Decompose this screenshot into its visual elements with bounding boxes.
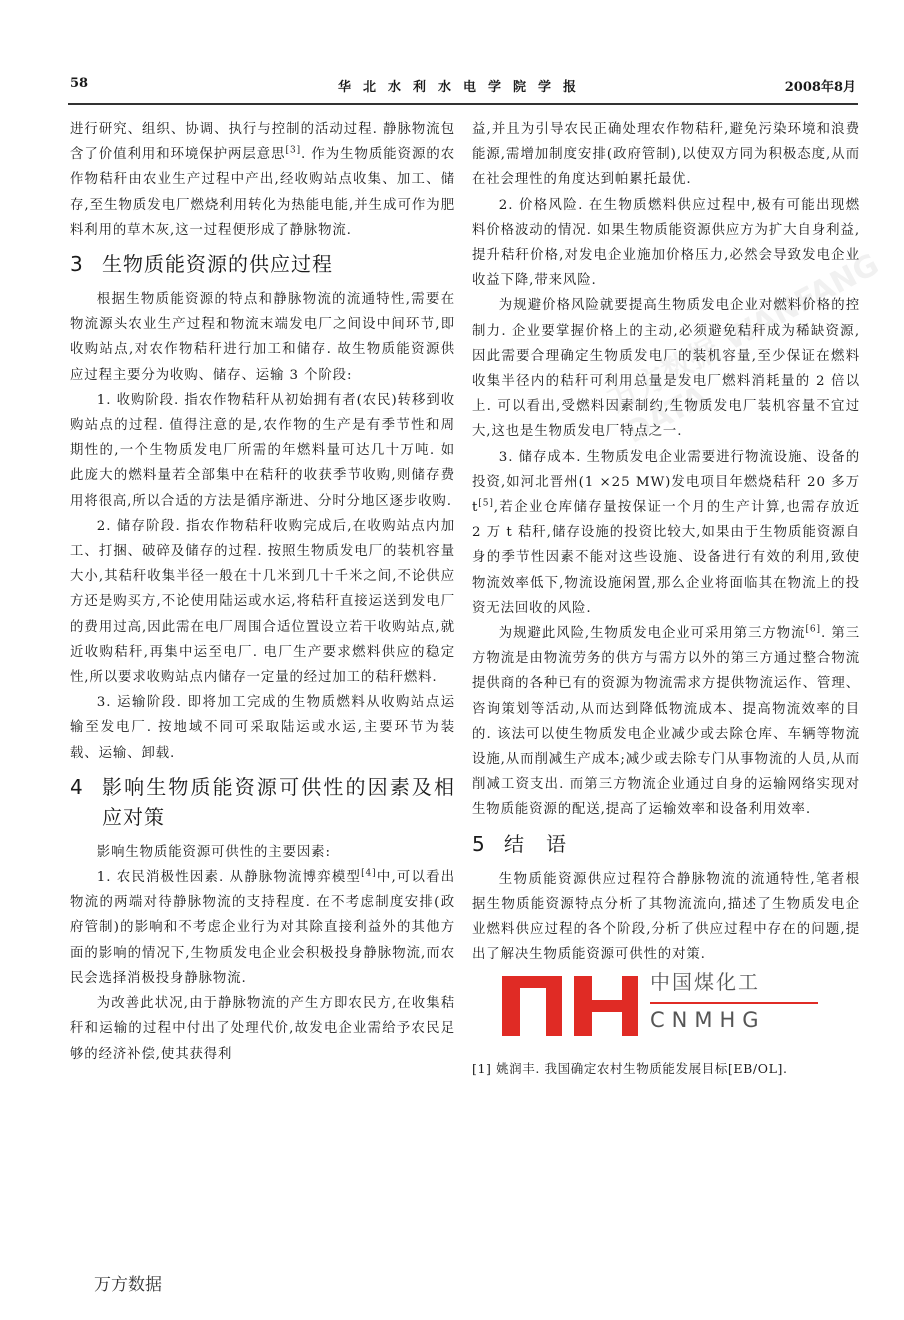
paragraph: 3. 运输阶段. 即将加工完成的生物质燃料从收购站点运输至发电厂. 按地域不同可… (70, 690, 455, 766)
footer-brand: 万方数据 (94, 1270, 162, 1295)
logo-rule (650, 1002, 818, 1004)
paragraph: 3. 储存成本. 生物质发电企业需要进行物流设施、设备的投资,如河北晋州(1 ×… (472, 445, 860, 621)
logo-text-cn: 中国煤化工 (650, 970, 760, 995)
paragraph: 为规避价格风险就要提高生物质发电企业对燃料价格的控制力. 企业要掌握价格上的主动… (472, 293, 860, 444)
paragraph: 为改善此状况,由于静脉物流的产生方即农民方,在收集秸秆和运输的过程中付出了处理代… (70, 991, 455, 1067)
paragraph: 2. 价格风险. 在生物质燃料供应过程中,极有可能出现燃料价格波动的情况. 如果… (472, 193, 860, 294)
left-column: 进行研究、组织、协调、执行与控制的活动过程. 静脉物流包含了价值利用和环境保护两… (70, 117, 455, 1067)
paragraph: 生物质能资源供应过程符合静脉物流的流通特性,笔者根据生物质能资源特点分析了其物流… (472, 867, 860, 968)
paragraph: 益,并且为引导农民正确处理农作物秸秆,避免污染环境和浪费能源,需增加制度安排(政… (472, 117, 860, 193)
paragraph: 为规避此风险,生物质发电企业可采用第三方物流[6]. 第三方物流是由物流劳务的供… (472, 621, 860, 823)
section-3-heading: 3 生物质能资源的供应过程 (70, 249, 455, 279)
paragraph: 根据生物质能资源的特点和静脉物流的流通特性,需要在物流源头农业生产过程和物流末端… (70, 287, 455, 388)
paragraph: 2. 储存阶段. 指农作物秸秆收购完成后,在收购站点内加工、打捆、破碎及储存的过… (70, 514, 455, 690)
journal-title: 华北水利水电学院学报 (70, 76, 856, 95)
citation[interactable]: [6] (806, 625, 821, 635)
logo-mark-icon (502, 976, 638, 1036)
paragraph: 影响生物质能资源可供性的主要因素: (70, 840, 455, 865)
paragraph: 1. 收购阶段. 指农作物秸秆从初始拥有者(农民)转移到收购站点的过程. 值得注… (70, 388, 455, 514)
page-header: 58 华北水利水电学院学报 2008年8月 (70, 76, 856, 98)
issue-date: 2008年8月 (785, 76, 856, 95)
logo-text-en: CNMHG (650, 1008, 766, 1033)
reference-item: [1] 姚润丰. 我国确定农村生物质能发展目标[EB/OL]. (472, 1056, 860, 1081)
paragraph: 1. 农民消极性因素. 从静脉物流博弈模型[4]中,可以看出物流的两端对待静脉物… (70, 865, 455, 991)
citation[interactable]: [3] (286, 146, 301, 156)
cnmhg-logo: 中国煤化工 CNMHG (502, 970, 822, 1050)
right-column: 益,并且为引导农民正确处理农作物秸秆,避免污染环境和浪费能源,需增加制度安排(政… (472, 117, 860, 1081)
citation[interactable]: [4] (361, 869, 376, 879)
intro-paragraph: 进行研究、组织、协调、执行与控制的活动过程. 静脉物流包含了价值利用和环境保护两… (70, 117, 455, 243)
citation[interactable]: [5] (478, 499, 493, 509)
section-4-heading: 4 影响生物质能资源可供性的因素及相应对策 (70, 772, 455, 832)
section-5-heading: 5 结 语 (472, 829, 860, 859)
header-rule (68, 103, 858, 105)
